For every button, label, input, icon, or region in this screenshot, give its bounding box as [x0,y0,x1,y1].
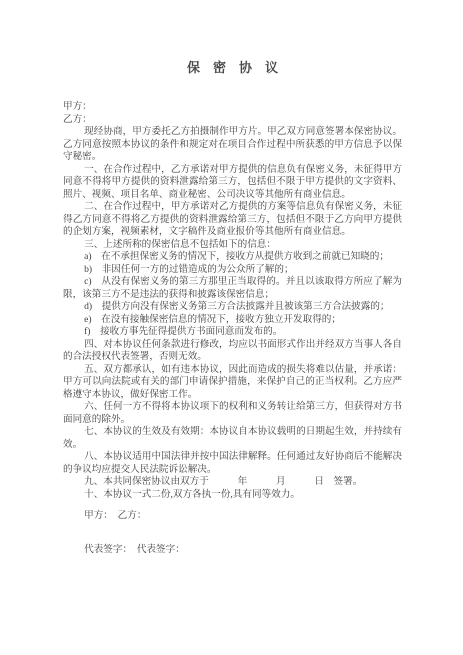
intro-paragraph: 现经协商，甲方委托乙方拍摄制作甲方片。甲乙双方同意签署本保密协议。乙方同意按照本… [63,126,402,164]
clause-9: 九、本共同保密协议由双方于 年 月 日 签署。 [63,476,402,489]
clause-2: 二、在合作过程中，甲方承诺对乙方提供的方案等信息负有保密义务，未征得乙方同意不得… [63,201,402,239]
party-b-label: 乙方： [63,114,402,127]
clause-3: 三、上述所称的保密信息不包括如下的信息： [63,239,402,252]
sub-clause-f: f) 接收方事先征得提供方书面同意而发布的。 [63,326,402,339]
sub-clause-e: e) 在没有接触保密信息的情况下，接收方独立开发取得的； [63,314,402,327]
sub-clause-d: d) 提供方向没有保密义务第三方合法披露并且被该第三方合法披露的； [63,301,402,314]
clause-1: 一、在合作过程中，乙方承诺对甲方提供的信息负有保密义务，未征得甲方同意不得将甲方… [63,164,402,202]
signature-parties-line: 甲方： 乙方： [63,510,402,523]
party-a-label: 甲方： [63,101,402,114]
clause-4: 四、对本协议任何条款进行修改，均应以书面形式作出并经双方当事人各自的合法授权代表… [63,339,402,364]
clause-10: 十、本协议一式二份,双方各执一份,具有同等效力。 [63,489,402,502]
document-title: 保 密 协 议 [63,57,402,76]
sub-clause-b: b) 非因任何一方的过错造成的为公众所了解的； [63,264,402,277]
signature-sign-line: 代表签字： 代表签字： [63,544,402,557]
clause-7: 七、本协议的生效及有效期：本协议自本协议载明的日期起生效，并持续有效。 [63,426,402,451]
clause-5: 五、双方都承认，如有违本协议，因此而造成的损失将难以估量，并承诺：甲方可以向法院… [63,364,402,402]
document-page: 保 密 协 议 甲方：乙方：现经协商，甲方委托乙方拍摄制作甲方片。甲乙双方同意签… [0,0,463,655]
sub-clause-c: c) 从没有保密义务的第三方那里正当取得的。并且以该取得方所应了解为限，该第三方… [63,276,402,301]
clause-6: 六、任何一方不得将本协议项下的权利和义务转让给第三方，但获得对方书面同意的除外。 [63,401,402,426]
sub-clause-a: a) 在不承担保密义务的情况下，接收方从提供方收到之前就已知晓的； [63,251,402,264]
document-body: 甲方：乙方：现经协商，甲方委托乙方拍摄制作甲方片。甲乙双方同意签署本保密协议。乙… [63,101,402,501]
clause-8: 八、本协议适用中国法律并按中国法律解释。任何通过友好协商后不能解决的争议均应提交… [63,451,402,476]
